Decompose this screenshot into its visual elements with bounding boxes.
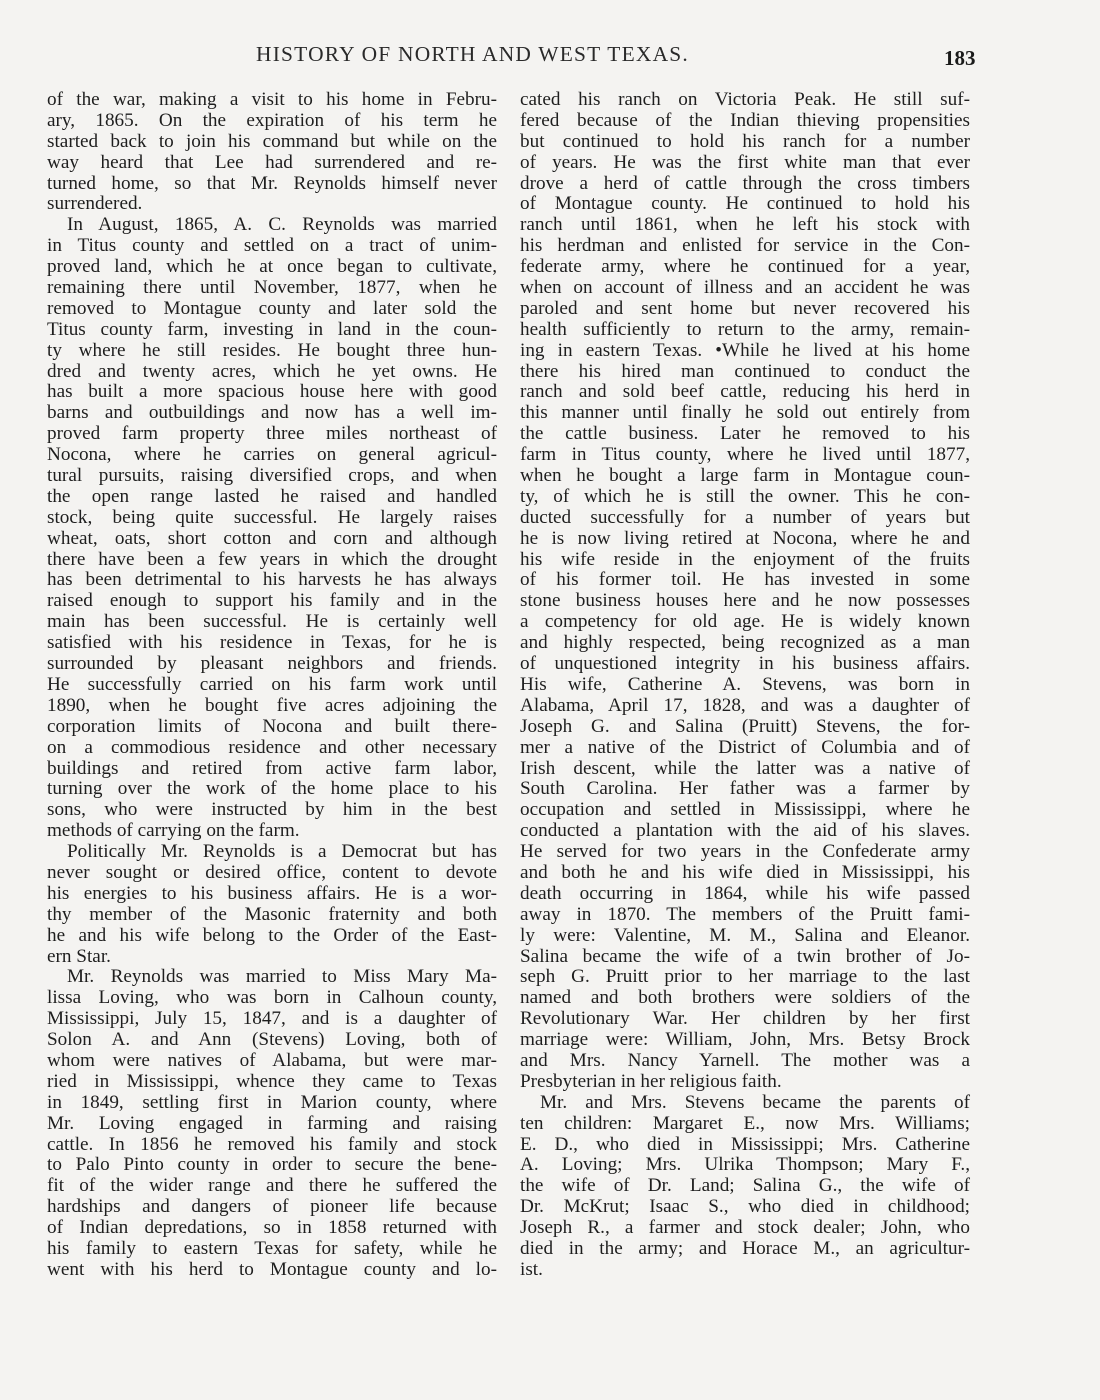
text-line: tural pursuits, raising diversified crop… <box>47 466 497 487</box>
text-line: Mississippi, July 15, 1847, and is a dau… <box>47 1009 497 1030</box>
text-line: the wife of Dr. Land; Salina G., the wif… <box>520 1176 970 1197</box>
text-line: surrendered. <box>47 194 497 215</box>
text-line: when he bought a large farm in Montague … <box>520 466 970 487</box>
text-line: buildings and retired from active farm l… <box>47 759 497 780</box>
text-line: corporation limits of Nocona and built t… <box>47 717 497 738</box>
text-line: ing in eastern Texas. •While he lived at… <box>520 341 970 362</box>
text-line: ranch until 1861, when he left his stock… <box>520 215 970 236</box>
text-line: proved land, which he at once began to c… <box>47 257 497 278</box>
text-line: 1890, when he bought five acres adjoinin… <box>47 696 497 717</box>
text-line: Nocona, where he carries on general agri… <box>47 445 497 466</box>
text-line: the cattle business. Later he removed to… <box>520 424 970 445</box>
text-line: turned home, so that Mr. Reynolds himsel… <box>47 174 497 195</box>
text-line: this manner until finally he sold out en… <box>520 403 970 424</box>
text-line: Titus county farm, investing in land in … <box>47 320 497 341</box>
text-line: started back to join his command but whi… <box>47 132 497 153</box>
text-line: stock, being quite successful. He largel… <box>47 508 497 529</box>
text-line: named and both brothers were soldiers of… <box>520 988 970 1009</box>
text-line: never sought or desired office, content … <box>47 863 497 884</box>
text-line: federate army, where he continued for a … <box>520 257 970 278</box>
running-title: HISTORY OF NORTH AND WEST TEXAS. <box>256 42 689 67</box>
text-line: has built a more spacious house here wit… <box>47 382 497 403</box>
text-line: methods of carrying on the farm. <box>47 821 497 842</box>
text-line: ern Star. <box>47 947 497 968</box>
text-line: sons, who were instructed by him in the … <box>47 800 497 821</box>
text-line: there have been a few years in which the… <box>47 550 497 571</box>
book-page: HISTORY OF NORTH AND WEST TEXAS. 183 of … <box>0 0 1100 1400</box>
text-line: has been detrimental to his harvests he … <box>47 570 497 591</box>
text-line: Salina became the wife of a twin brother… <box>520 947 970 968</box>
left-text-column: of the war, making a visit to his home i… <box>47 90 497 1281</box>
text-line: seph G. Pruitt prior to her marriage to … <box>520 967 970 988</box>
text-line: ducted successfully for a number of year… <box>520 508 970 529</box>
text-line: way heard that Lee had surrendered and r… <box>47 153 497 174</box>
text-line: surrounded by pleasant neighbors and fri… <box>47 654 497 675</box>
text-line: cattle. In 1856 he removed his family an… <box>47 1135 497 1156</box>
text-line: stone business houses here and he now po… <box>520 591 970 612</box>
text-line: died in the army; and Horace M., an agri… <box>520 1239 970 1260</box>
text-line: hardships and dangers of pioneer life be… <box>47 1197 497 1218</box>
text-line: marriage were: William, John, Mrs. Betsy… <box>520 1030 970 1051</box>
text-line: and both he and his wife died in Mississ… <box>520 863 970 884</box>
text-line: ty where he still resides. He bought thr… <box>47 341 497 362</box>
text-line: of unquestioned integrity in his busines… <box>520 654 970 675</box>
text-line: fered because of the Indian thieving pro… <box>520 111 970 132</box>
text-line: and highly respected, being recognized a… <box>520 633 970 654</box>
text-line: of his former toil. He has invested in s… <box>520 570 970 591</box>
text-line: His wife, Catherine A. Stevens, was born… <box>520 675 970 696</box>
text-line: He successfully carried on his farm work… <box>47 675 497 696</box>
text-line: on a commodious residence and other nece… <box>47 738 497 759</box>
text-line: Mr. Loving engaged in farming and raisin… <box>47 1114 497 1135</box>
text-line: he and his wife belong to the Order of t… <box>47 926 497 947</box>
text-line: ranch and sold beef cattle, reducing his… <box>520 382 970 403</box>
text-line: death occurring in 1864, while his wife … <box>520 884 970 905</box>
text-line: to Palo Pinto county in order to secure … <box>47 1155 497 1176</box>
text-line: of years. He was the first white man tha… <box>520 153 970 174</box>
text-line: Joseph R., a farmer and stock dealer; Jo… <box>520 1218 970 1239</box>
text-line: Irish descent, while the latter was a na… <box>520 759 970 780</box>
text-line: in 1849, settling first in Marion county… <box>47 1093 497 1114</box>
running-header: HISTORY OF NORTH AND WEST TEXAS. 183 <box>0 42 1100 72</box>
text-line: South Carolina. Her father was a farmer … <box>520 779 970 800</box>
page-number: 183 <box>944 46 976 71</box>
text-line: he is now living retired at Nocona, wher… <box>520 529 970 550</box>
text-line: Joseph G. and Salina (Pruitt) Stevens, t… <box>520 717 970 738</box>
text-line: Alabama, April 17, 1828, and was a daugh… <box>520 696 970 717</box>
text-line: health sufficiently to return to the arm… <box>520 320 970 341</box>
text-line: ten children: Margaret E., now Mrs. Will… <box>520 1114 970 1135</box>
text-line: Solon A. and Ann (Stevens) Loving, both … <box>47 1030 497 1051</box>
text-line: ary, 1865. On the expiration of his term… <box>47 111 497 132</box>
text-line: there his hired man continued to conduct… <box>520 362 970 383</box>
text-line: satisfied with his residence in Texas, f… <box>47 633 497 654</box>
text-line: remaining there until November, 1877, wh… <box>47 278 497 299</box>
text-line: ried in Mississippi, whence they came to… <box>47 1072 497 1093</box>
text-line: fit of the wider range and there he suff… <box>47 1176 497 1197</box>
text-line: his wife reside in the enjoyment of the … <box>520 550 970 571</box>
text-line: ly were: Valentine, M. M., Salina and El… <box>520 926 970 947</box>
text-line: In August, 1865, A. C. Reynolds was marr… <box>47 215 497 236</box>
text-line: the open range lasted he raised and hand… <box>47 487 497 508</box>
text-line: cated his ranch on Victoria Peak. He sti… <box>520 90 970 111</box>
text-line: wheat, oats, short cotton and corn and a… <box>47 529 497 550</box>
text-line: occupation and settled in Mississippi, w… <box>520 800 970 821</box>
text-line: barns and outbuildings and now has a wel… <box>47 403 497 424</box>
text-line: He served for two years in the Confedera… <box>520 842 970 863</box>
text-line: in Titus county and settled on a tract o… <box>47 236 497 257</box>
text-line: main has been successful. He is certainl… <box>47 612 497 633</box>
text-line: but continued to hold his ranch for a nu… <box>520 132 970 153</box>
text-line: farm in Titus county, where he lived unt… <box>520 445 970 466</box>
text-line: paroled and sent home but never recovere… <box>520 299 970 320</box>
text-line: and Mrs. Nancy Yarnell. The mother was a <box>520 1051 970 1072</box>
text-line: of Montague county. He continued to hold… <box>520 194 970 215</box>
text-line: raised enough to support his family and … <box>47 591 497 612</box>
text-line: of the war, making a visit to his home i… <box>47 90 497 111</box>
text-line: proved farm property three miles northea… <box>47 424 497 445</box>
text-line: Presbyterian in her religious faith. <box>520 1072 970 1093</box>
text-line: turning over the work of the home place … <box>47 779 497 800</box>
text-line: thy member of the Masonic fraternity and… <box>47 905 497 926</box>
text-line: ty, of which he is still the owner. This… <box>520 487 970 508</box>
text-line: A. Loving; Mrs. Ulrika Thompson; Mary F.… <box>520 1155 970 1176</box>
text-line: his family to eastern Texas for safety, … <box>47 1239 497 1260</box>
text-line: a competency for old age. He is widely k… <box>520 612 970 633</box>
text-line: ist. <box>520 1260 970 1281</box>
text-line: when on account of illness and an accide… <box>520 278 970 299</box>
text-line: went with his herd to Montague county an… <box>47 1260 497 1281</box>
text-line: conducted a plantation with the aid of h… <box>520 821 970 842</box>
text-line: removed to Montague county and later sol… <box>47 299 497 320</box>
text-line: mer a native of the District of Columbia… <box>520 738 970 759</box>
text-line: Dr. McKrut; Isaac S., who died in childh… <box>520 1197 970 1218</box>
text-line: Politically Mr. Reynolds is a Democrat b… <box>47 842 497 863</box>
text-line: his herdman and enlisted for service in … <box>520 236 970 257</box>
text-line: whom were natives of Alabama, but were m… <box>47 1051 497 1072</box>
right-text-column: cated his ranch on Victoria Peak. He sti… <box>520 90 970 1281</box>
text-line: dred and twenty acres, which he yet owns… <box>47 362 497 383</box>
text-line: Mr. Reynolds was married to Miss Mary Ma… <box>47 967 497 988</box>
text-line: his energies to his business affairs. He… <box>47 884 497 905</box>
text-line: of Indian depredations, so in 1858 retur… <box>47 1218 497 1239</box>
text-line: away in 1870. The members of the Pruitt … <box>520 905 970 926</box>
text-line: lissa Loving, who was born in Calhoun co… <box>47 988 497 1009</box>
text-line: drove a herd of cattle through the cross… <box>520 174 970 195</box>
text-line: Revolutionary War. Her children by her f… <box>520 1009 970 1030</box>
text-line: E. D., who died in Mississippi; Mrs. Cat… <box>520 1135 970 1156</box>
text-line: Mr. and Mrs. Stevens became the parents … <box>520 1093 970 1114</box>
